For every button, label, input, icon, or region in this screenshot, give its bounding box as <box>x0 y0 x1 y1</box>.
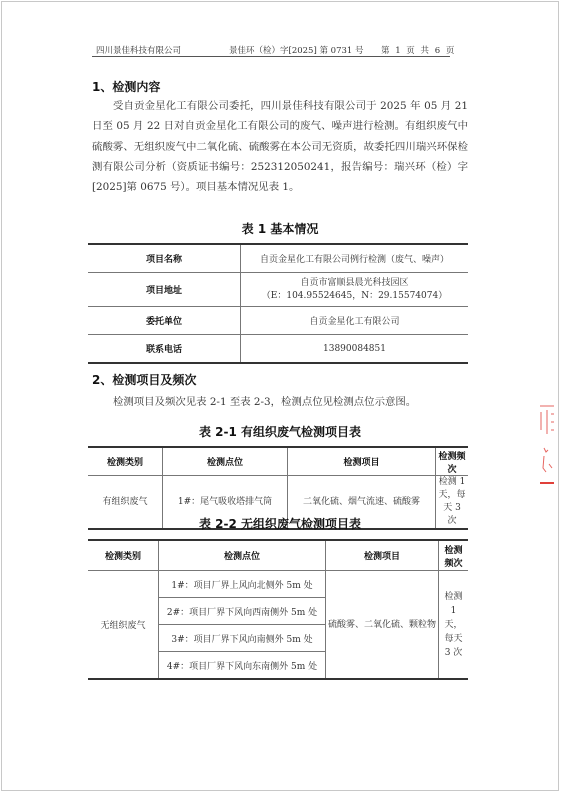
page-header: 四川景佳科技有限公司 景佳环（检）字[2025] 第 0731 号 第 1 页 … <box>92 41 450 57</box>
address-line-1: 自贡市富顺县晨光科技园区 <box>243 277 466 290</box>
section-2-paragraph: 检测项目及频次见表 2-1 至表 2-3，检测点位见检测点位示意图。 <box>92 392 468 412</box>
header-items: 检测项目 <box>288 447 436 476</box>
row-label: 联系电话 <box>88 335 241 364</box>
table-row: 联系电话 13890084851 <box>88 335 468 364</box>
header-category: 检测类别 <box>88 540 159 571</box>
header-point: 检测点位 <box>163 447 288 476</box>
table-2-1-caption: 表 2-1 有组织废气检测项目表 <box>92 423 468 440</box>
section-1-title: 1、检测内容 <box>92 78 160 95</box>
cell-items: 硫酸雾、二氧化硫、颗粒物 <box>326 571 439 680</box>
table-header-row: 检测类别 检测点位 检测项目 检测频次 <box>88 540 468 571</box>
table-1-caption: 表 1 基本情况 <box>92 220 468 237</box>
header-page-info: 第 1 页 共 6 页 <box>381 44 456 56</box>
cell-point: 1#：项目厂界上风向北侧外 5m 处 <box>159 571 326 598</box>
row-value: 自贡金星化工有限公司 <box>241 307 469 335</box>
row-value: 自贡市富顺县晨光科技园区 （E：104.95524645，N：29.155740… <box>241 273 469 307</box>
row-label: 项目地址 <box>88 273 241 307</box>
cell-category: 无组织废气 <box>88 571 159 680</box>
table-basic-info: 项目名称 自贡金星化工有限公司例行检测（废气、噪声） 项目地址 自贡市富顺县晨光… <box>88 243 468 364</box>
row-label: 委托单位 <box>88 307 241 335</box>
header-category: 检测类别 <box>88 447 163 476</box>
section-2-title: 2、检测项目及频次 <box>92 371 196 388</box>
table-header-row: 检测类别 检测点位 检测项目 检测频次 <box>88 447 468 476</box>
section-2-text: 检测项目及频次见表 2-1 至表 2-3，检测点位见检测点位示意图。 <box>92 392 468 412</box>
header-company: 四川景佳科技有限公司 <box>96 44 181 56</box>
table-unorganized-exhaust: 检测类别 检测点位 检测项目 检测频次 无组织废气 1#：项目厂界上风向北侧外 … <box>88 539 468 680</box>
cell-point: 2#：项目厂界下风向西南侧外 5m 处 <box>159 598 326 625</box>
cell-point: 4#：项目厂界下风向东南侧外 5m 处 <box>159 652 326 680</box>
row-label: 项目名称 <box>88 244 241 273</box>
row-value: 自贡金星化工有限公司例行检测（废气、噪声） <box>241 244 469 273</box>
cell-point: 3#：项目厂界下风向南侧外 5m 处 <box>159 625 326 652</box>
section-1-paragraph: 受自贡金星化工有限公司委托，四川景佳科技有限公司于 2025 年 05 月 21… <box>92 96 468 197</box>
section-1-text: 受自贡金星化工有限公司委托，四川景佳科技有限公司于 2025 年 05 月 21… <box>92 96 468 197</box>
table-row: 委托单位 自贡金星化工有限公司 <box>88 307 468 335</box>
header-frequency: 检测频次 <box>439 540 469 571</box>
table-row: 无组织废气 1#：项目厂界上风向北侧外 5m 处 硫酸雾、二氧化硫、颗粒物 检测… <box>88 571 468 598</box>
address-line-2: （E：104.95524645，N：29.15574074） <box>243 290 466 303</box>
table-row: 项目地址 自贡市富顺县晨光科技园区 （E：104.95524645，N：29.1… <box>88 273 468 307</box>
cell-frequency: 检测 1 天，每天 3 次 <box>439 571 469 680</box>
table-2-2-caption: 表 2-2 无组织废气检测项目表 <box>92 515 468 532</box>
row-value: 13890084851 <box>241 335 469 364</box>
header-frequency: 检测频次 <box>436 447 469 476</box>
seal-stamp-icon <box>538 404 556 486</box>
header-point: 检测点位 <box>159 540 326 571</box>
header-items: 检测项目 <box>326 540 439 571</box>
header-report-number: 景佳环（检）字[2025] 第 0731 号 <box>229 44 364 56</box>
table-row: 项目名称 自贡金星化工有限公司例行检测（废气、噪声） <box>88 244 468 273</box>
